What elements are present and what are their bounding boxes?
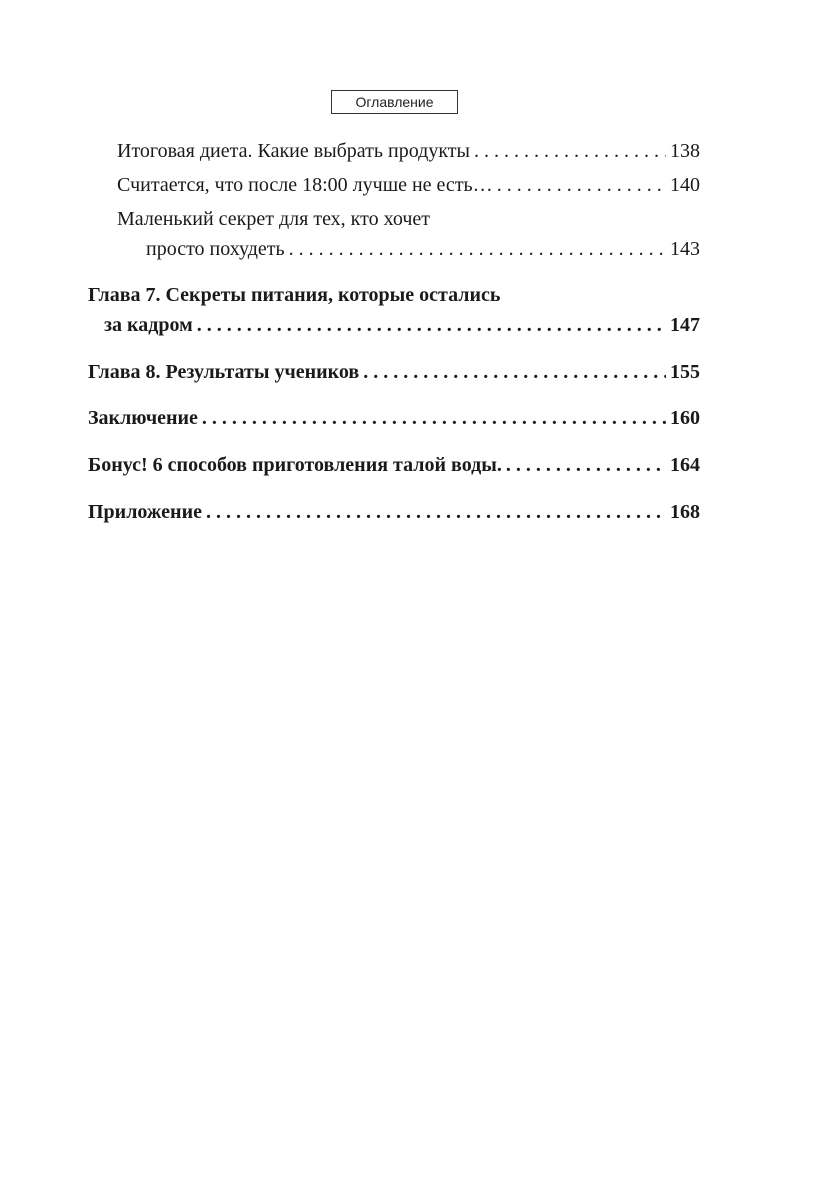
toc-entry[interactable]: Итоговая диета. Какие выбрать продукты 1… (88, 140, 700, 170)
chapter-title: Приложение (88, 501, 202, 524)
entry-title: Итоговая диета. Какие выбрать продукты (117, 140, 470, 163)
entry-page: 140 (670, 174, 700, 197)
toc-chapter[interactable]: Приложение 168 (88, 501, 700, 531)
toc-chapter[interactable]: Глава 7. Секреты питания, которые остали… (88, 284, 700, 344)
dot-leader (289, 238, 666, 261)
dot-leader (202, 407, 666, 430)
dot-leader (197, 314, 666, 337)
chapter-title: Заключение (88, 407, 198, 430)
toc-chapter[interactable]: Заключение 160 (88, 407, 700, 437)
toc-entry[interactable]: Считается, что после 18:00 лучше не есть… (88, 174, 700, 204)
chapter-title: Глава 8. Результаты учеников (88, 361, 359, 384)
chapter-page: 164 (670, 454, 700, 477)
dot-leader (363, 361, 666, 384)
chapter-page: 160 (670, 407, 700, 430)
chapter-title-line2: за кадром (104, 314, 193, 337)
entry-title: Считается, что после 18:00 лучше не есть… (117, 174, 493, 197)
toc-entry[interactable]: Маленький секрет для тех, кто хочет прос… (88, 208, 700, 268)
entry-title-line2: просто похудеть (146, 238, 285, 261)
dot-leader (506, 454, 666, 477)
dot-leader (206, 501, 666, 524)
toc-chapter[interactable]: Глава 8. Результаты учеников 155 (88, 361, 700, 391)
dot-leader (474, 140, 666, 163)
entry-title-line1: Маленький секрет для тех, кто хочет (117, 208, 430, 231)
header-label: Оглавление (355, 94, 433, 110)
chapter-title: Бонус! 6 способов приготовления талой во… (88, 454, 502, 477)
entry-page: 143 (670, 238, 700, 261)
chapter-title-line1: Глава 7. Секреты питания, которые остали… (88, 284, 501, 307)
chapter-page: 147 (670, 314, 700, 337)
chapter-page: 168 (670, 501, 700, 524)
chapter-page: 155 (670, 361, 700, 384)
running-header: Оглавление (331, 90, 458, 114)
toc-chapter[interactable]: Бонус! 6 способов приготовления талой во… (88, 454, 700, 484)
dot-leader (497, 174, 666, 197)
entry-page: 138 (670, 140, 700, 163)
